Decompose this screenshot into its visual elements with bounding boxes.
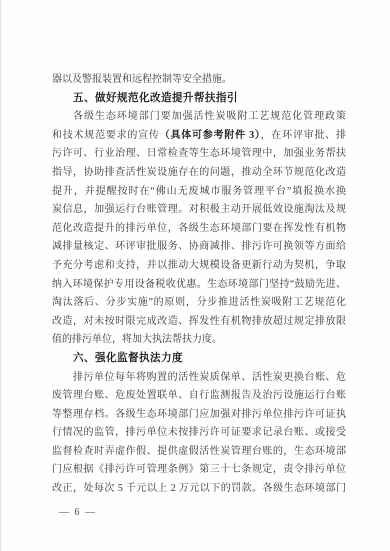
text-segment: 予充分考虑和支持，并以推动大规模设备更新行动为契机，争取 (52, 260, 346, 271)
bold-text-segment: （具体可参考附件 3） (160, 130, 261, 141)
text-segment: 炭信息，加强运行台账管理。对积极主动开展低效设施淘汰及规 (52, 204, 346, 215)
scan-edge-artifact (0, 0, 2, 551)
text-segment: 提升，并提醒按时在“佛山无废城市服务管理平台”填报换水换 (52, 186, 346, 197)
section-heading: 六、强化监督执法力度 (52, 350, 346, 369)
text-segment: 污许可、行业治理、日常检查等生态环境管理中，加强业务帮扶 (52, 148, 346, 159)
text-segment: 范化改造提升的排污单位，各级生态环境部门要在挥发性有机物 (52, 223, 346, 234)
paragraph-line: 污许可、行业治理、日常检查等生态环境管理中，加强业务帮扶 (52, 145, 346, 164)
bold-text-segment: 五、做好规范化改造提升帮扶指引 (73, 93, 238, 104)
paragraph-line: 废管理台账、危废处置联单、自行监测报告及治污设施运行台账 (52, 387, 346, 406)
text-segment: 废管理台账、危废处置联单、自行监测报告及治污设施运行台账 (52, 390, 346, 401)
document-body: 器以及警报装置和远程控制等安全措施。五、做好规范化改造提升帮扶指引各级生态环境部… (52, 71, 346, 499)
paragraph-line: 减排量核定、环评审批服务、协商减排、排污许可换领等方面给 (52, 238, 346, 257)
text-line: 器以及警报装置和远程控制等安全措施。 (52, 71, 346, 90)
paragraph-line: 等整理存档。各级生态环境部门应加强对排污单位排污许可证执 (52, 406, 346, 425)
text-segment: 门应根据《排污许可管理条例》第三十七条规定，责令排污单位 (52, 464, 346, 475)
page-number: — 6 — (59, 506, 97, 520)
text-segment: 等整理存档。各级生态环境部门应加强对排污单位排污许可证执 (52, 409, 346, 420)
paragraph-line: 改正，处每次 5 千元以上 2 万元以下的罚款。各级生态环境部门 (52, 480, 346, 499)
text-segment: 值的排污单位，将加大执法帮扶力度。 (52, 334, 222, 345)
paragraph-line: 炭信息，加强运行台账管理。对积极主动开展低效设施淘汰及规 (52, 201, 346, 220)
paragraph-line: 予充分考虑和支持，并以推动大规模设备更新行动为契机，争取 (52, 257, 346, 276)
text-segment: 排污单位每年将购置的活性炭质保单、活性炭更换台账、危 (73, 372, 346, 383)
text-segment: ，在环评审批、排 (261, 130, 346, 141)
paragraph-line: 范化改造提升的排污单位，各级生态环境部门要在挥发性有机物 (52, 220, 346, 239)
text-segment: 行情况的监管，排污单位未按排污许可证要求记录台账、或接受 (52, 427, 346, 438)
paragraph-line: 提升，并提醒按时在“佛山无废城市服务管理平台”填报换水换 (52, 183, 346, 202)
paragraph-line: 和技术规范要求的宣传（具体可参考附件 3），在环评审批、排 (52, 127, 346, 146)
paragraph-line: 监督检查时弄虚作假、提供虚假活性炭管理台账的，生态环境部 (52, 443, 346, 462)
text-segment: 监督检查时弄虚作假、提供虚假活性炭管理台账的，生态环境部 (52, 446, 346, 457)
text-segment: 淘汰落后、分步实施”的原则，分步推进活性炭吸附工艺规范化 (52, 297, 346, 308)
paragraph-line: 淘汰落后、分步实施”的原则，分步推进活性炭吸附工艺规范化 (52, 294, 346, 313)
paragraph-line: 行情况的监管，排污单位未按排污许可证要求记录台账、或接受 (52, 424, 346, 443)
bold-text-segment: 六、强化监督执法力度 (73, 353, 183, 364)
text-segment: 各级生态环境部门要加强活性炭吸附工艺规范化管理政策 (73, 111, 346, 122)
text-segment: 和技术规范要求的宣传 (52, 130, 160, 141)
text-segment: 纳入环境保护专用设备税收优惠。生态环境部门坚持“鼓励先进、 (52, 279, 346, 290)
paragraph-line: 值的排污单位，将加大执法帮扶力度。 (52, 331, 346, 350)
text-segment: 器以及警报装置和远程控制等安全措施。 (52, 74, 232, 85)
text-segment: 改造，对未按时限完成改造、挥发性有机物排放超过规定排放限 (52, 316, 346, 327)
section-heading: 五、做好规范化改造提升帮扶指引 (52, 90, 346, 109)
paragraph-line: 改造，对未按时限完成改造、挥发性有机物排放超过规定排放限 (52, 313, 346, 332)
paragraph-line: 排污单位每年将购置的活性炭质保单、活性炭更换台账、危 (52, 369, 346, 388)
paragraph-line: 纳入环境保护专用设备税收优惠。生态环境部门坚持“鼓励先进、 (52, 276, 346, 295)
paragraph-line: 各级生态环境部门要加强活性炭吸附工艺规范化管理政策 (52, 108, 346, 127)
text-segment: 指导，协助排查活性炭设施存在的问题，推动全环节规范化改造 (52, 167, 346, 178)
paragraph-line: 指导，协助排查活性炭设施存在的问题，推动全环节规范化改造 (52, 164, 346, 183)
text-segment: 减排量核定、环评审批服务、协商减排、排污许可换领等方面给 (52, 241, 346, 252)
document-page: 器以及警报装置和远程控制等安全措施。五、做好规范化改造提升帮扶指引各级生态环境部… (0, 0, 390, 551)
paragraph-line: 门应根据《排污许可管理条例》第三十七条规定，责令排污单位 (52, 461, 346, 480)
text-segment: 改正，处每次 5 千元以上 2 万元以下的罚款。各级生态环境部门 (52, 483, 346, 494)
